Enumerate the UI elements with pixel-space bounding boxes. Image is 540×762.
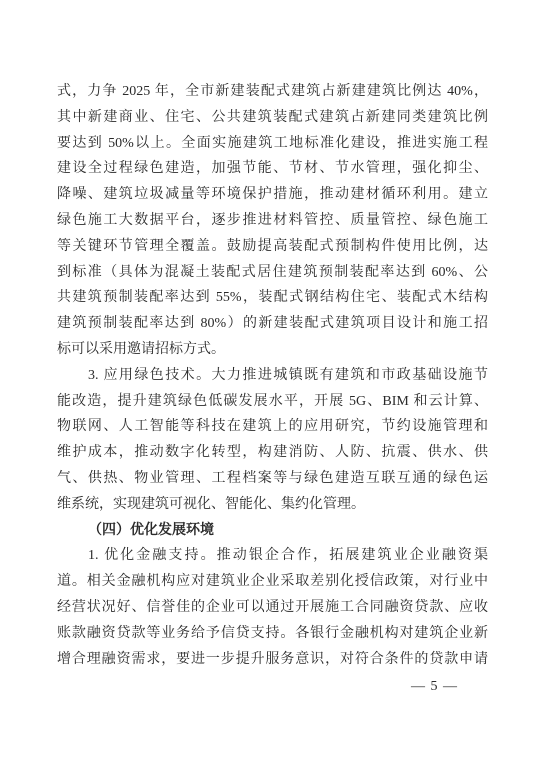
- text-line: 增合理融资需求，要进一步提升服务意识，对符合条件的贷款申请: [57, 647, 488, 673]
- section-heading: （四）优化发展环境: [57, 518, 488, 544]
- text-line: 共建筑预制装配率达到 55%，装配式钢结构住宅、装配式木结构: [57, 285, 488, 311]
- text-line: 建筑预制装配率达到 80%）的新建装配式建筑项目设计和施工招: [57, 311, 488, 337]
- text-line: 等关键环节管理全覆盖。鼓励提高装配式预制构件使用比例，达: [57, 234, 488, 260]
- document-page: 式，力争 2025 年，全市新建装配式建筑占新建建筑比例达 40%， 其中新建商…: [0, 0, 540, 762]
- text-line: 要达到 50%以上。全面实施建筑工地标准化建设，推进实施工程: [57, 131, 488, 157]
- page-number: — 5 —: [411, 677, 458, 697]
- text-line: 道。相关金融机构应对建筑业企业采取差别化授信政策，对行业中: [57, 569, 488, 595]
- text-line: 降噪、建筑垃圾减量等环境保护措施，推动建材循环利用。建立: [57, 182, 488, 208]
- text-line: 物联网、人工智能等科技在建筑上的应用研究，节约设施管理和: [57, 414, 488, 440]
- text-line: 维护成本，推动数字化转型，构建消防、人防、抗震、供水、供: [57, 440, 488, 466]
- text-line-paragraph-start: 3. 应用绿色技术。大力推进城镇既有建筑和市政基础设施节: [57, 363, 488, 389]
- text-line: 到标准（具体为混凝土装配式居住建筑预制装配率达到 60%、公: [57, 260, 488, 286]
- text-line: 建设全过程绿色建造，加强节能、节材、节水管理，强化抑尘、: [57, 156, 488, 182]
- text-line: 其中新建商业、住宅、公共建筑装配式建筑占新建同类建筑比例: [57, 105, 488, 131]
- text-line: 式，力争 2025 年，全市新建装配式建筑占新建建筑比例达 40%，: [57, 79, 488, 105]
- text-line: 账款融资贷款等业务给予信贷支持。各银行金融机构对建筑企业新: [57, 621, 488, 647]
- text-line: 经营状况好、信誉佳的企业可以通过开展施工合同融资贷款、应收: [57, 595, 488, 621]
- text-line: 绿色施工大数据平台，逐步推进材料管控、质量管控、绿色施工: [57, 208, 488, 234]
- text-line: 气、供热、物业管理、工程档案等与绿色建造互联互通的绿色运: [57, 466, 488, 492]
- text-line: 能改造，提升建筑绿色低碳发展水平，开展 5G、BIM 和云计算、: [57, 389, 488, 415]
- text-line-paragraph-start: 1. 优化金融支持。推动银企合作，拓展建筑业企业融资渠: [57, 543, 488, 569]
- document-body: 式，力争 2025 年，全市新建装配式建筑占新建建筑比例达 40%， 其中新建商…: [57, 79, 488, 672]
- text-line-paragraph-end: 标可以采用邀请招标方式。: [57, 337, 488, 363]
- text-line-paragraph-end: 维系统，实现建筑可视化、智能化、集约化管理。: [57, 492, 488, 518]
